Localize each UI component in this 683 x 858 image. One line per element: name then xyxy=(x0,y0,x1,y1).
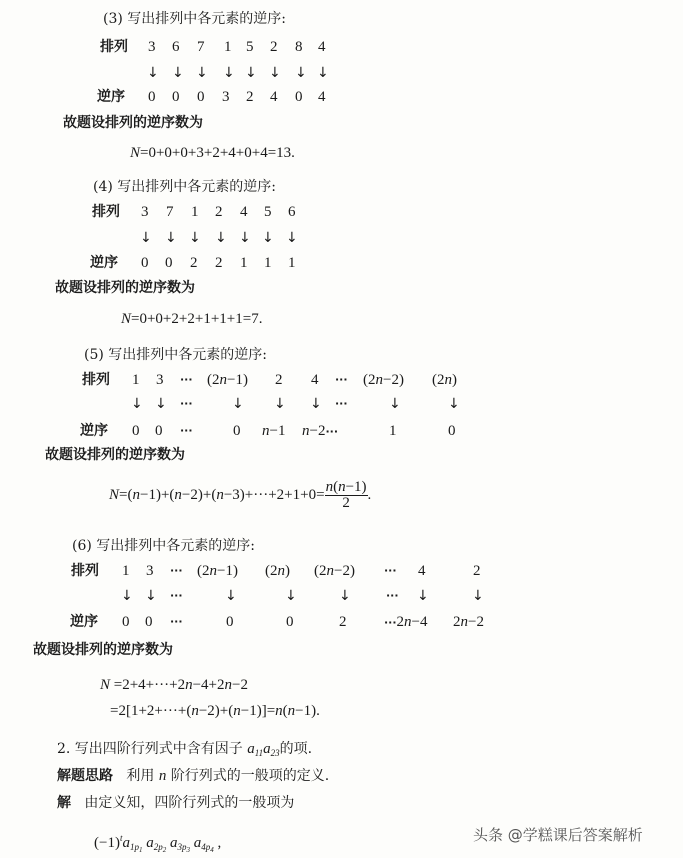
arrow-down-icon: ↓ xyxy=(155,395,167,413)
section5-perm-label: 排列 xyxy=(82,371,110,389)
section3-inv-6: 0 xyxy=(295,88,303,106)
arrow-down-icon: ↓ xyxy=(147,64,159,82)
arrow-down-icon: ↓ xyxy=(417,587,429,605)
arrow-down-icon: ↓ xyxy=(310,395,322,413)
section5-inv-1: 0 xyxy=(155,422,163,440)
arrow-down-icon: ↓ xyxy=(196,64,208,82)
section3-perm-3: 1 xyxy=(224,38,232,56)
arrow-down-icon: ↓ xyxy=(389,395,401,413)
section6-formula-line2: =2[1+2+···+(n−2)+(n−1)]=n(n−1). xyxy=(110,702,320,720)
section5-inv-6: 1 xyxy=(389,422,397,440)
section3-inv-7: 4 xyxy=(318,88,326,106)
arrow-down-icon: ↓ xyxy=(189,229,201,247)
section3-inv-0: 0 xyxy=(148,88,156,106)
ellipsis-icon: ··· xyxy=(180,395,193,413)
section4-perm-5: 5 xyxy=(264,203,272,221)
section6-perm-4: (2n) xyxy=(265,562,290,580)
section5-perm-1: 3 xyxy=(156,371,164,389)
section6-perm-8: 2 xyxy=(473,562,481,580)
section6-perm-label: 排列 xyxy=(71,562,99,580)
arrow-down-icon: ↓ xyxy=(295,64,307,82)
section4-inv-6: 1 xyxy=(288,254,296,272)
ellipsis-icon: ··· xyxy=(335,395,348,413)
section4-perm-6: 6 xyxy=(288,203,296,221)
ellipsis-icon: ··· xyxy=(170,587,183,605)
section4-heading: (4) 写出排列中各元素的逆序: xyxy=(93,178,276,196)
section6-perm-7: 4 xyxy=(418,562,426,580)
arrow-down-icon: ↓ xyxy=(245,64,257,82)
general-term-formula: (−1)ta1p1 a2p2 a3p3 a4p4 , xyxy=(94,829,221,858)
arrow-down-icon: ↓ xyxy=(262,229,274,247)
arrow-down-icon: ↓ xyxy=(225,587,237,605)
arrow-down-icon: ↓ xyxy=(140,229,152,247)
section3-conclusion: 故题设排列的逆序数为 xyxy=(63,114,203,132)
section3-perm-label: 排列 xyxy=(100,38,128,56)
section5-inv-2: ··· xyxy=(180,422,193,440)
section5-inv-4: n−1 xyxy=(262,422,285,440)
section4-perm-label: 排列 xyxy=(92,203,120,221)
section3-perm-2: 7 xyxy=(197,38,205,56)
section6-inv-5: 2 xyxy=(339,613,347,631)
section6-inv-4: 0 xyxy=(286,613,294,631)
section5-conclusion: 故题设排列的逆序数为 xyxy=(45,446,185,464)
hint-label: 解题思路 xyxy=(57,768,113,784)
section3-formula-text: =0+0+0+3+2+4+0+4=13. xyxy=(140,145,295,161)
section6-perm-0: 1 xyxy=(122,562,130,580)
section5-perm-4: 2 xyxy=(275,371,283,389)
section3-perm-6: 8 xyxy=(295,38,303,56)
section4-inv-0: 0 xyxy=(141,254,149,272)
section5-perm-6: ··· xyxy=(335,371,348,389)
arrow-down-icon: ↓ xyxy=(121,587,133,605)
section3-inv-1: 0 xyxy=(172,88,180,106)
arrow-down-icon: ↓ xyxy=(131,395,143,413)
section4-perm-0: 3 xyxy=(141,203,149,221)
section6-perm-3: (2n−1) xyxy=(197,562,238,580)
section6-perm-6: ··· xyxy=(384,562,397,580)
section3-perm-1: 6 xyxy=(172,38,180,56)
section5-inv-5: n−2··· xyxy=(302,422,338,441)
section5-inv-7: 0 xyxy=(448,422,456,440)
section4-inv-label: 逆序 xyxy=(90,254,118,272)
watermark: 头条 @学糕课后答案解析 xyxy=(473,824,643,845)
section4-inv-4: 1 xyxy=(240,254,248,272)
section4-inv-1: 0 xyxy=(165,254,173,272)
section6-inv-3: 0 xyxy=(226,613,234,631)
section3-inv-3: 3 xyxy=(222,88,230,106)
section3-formula: N=0+0+0+3+2+4+0+4=13. xyxy=(130,144,295,162)
problem2-hint: 解题思路 利用 n 阶行列式的一般项的定义. xyxy=(57,767,329,785)
factor-a11-a23: a11a23 xyxy=(247,741,279,757)
arrow-down-icon: ↓ xyxy=(215,229,227,247)
arrow-down-icon: ↓ xyxy=(317,64,329,82)
section5-perm-3: (2n−1) xyxy=(207,371,248,389)
section6-inv-0: 0 xyxy=(122,613,130,631)
section3-inv-4: 2 xyxy=(246,88,254,106)
section3-perm-5: 2 xyxy=(270,38,278,56)
section3-inv-2: 0 xyxy=(197,88,205,106)
section5-inv-0: 0 xyxy=(132,422,140,440)
section4-inv-3: 2 xyxy=(215,254,223,272)
section6-heading: (6) 写出排列中各元素的逆序: xyxy=(72,537,255,555)
section4-perm-2: 1 xyxy=(191,203,199,221)
section6-perm-2: ··· xyxy=(170,562,183,580)
section5-inv-label: 逆序 xyxy=(80,422,108,440)
arrow-down-icon: ↓ xyxy=(145,587,157,605)
solution-label: 解 xyxy=(57,795,71,811)
section6-inv-1: 0 xyxy=(145,613,153,631)
section3-perm-4: 5 xyxy=(246,38,254,56)
section4-formula: N=0+0+2+2+1+1+1=7. xyxy=(121,310,262,328)
arrow-down-icon: ↓ xyxy=(472,587,484,605)
arrow-down-icon: ↓ xyxy=(274,395,286,413)
section3-heading: (3) 写出排列中各元素的逆序: xyxy=(103,10,286,28)
section5-perm-5: 4 xyxy=(311,371,319,389)
section4-perm-3: 2 xyxy=(215,203,223,221)
section6-conclusion: 故题设排列的逆序数为 xyxy=(33,641,173,659)
section6-inv-2: ··· xyxy=(170,613,183,631)
section6-inv-7: 2n−2 xyxy=(453,613,484,631)
problem2-statement: 2. 写出四阶行列式中含有因子 a11a23的项. xyxy=(57,740,312,762)
arrow-down-icon: ↓ xyxy=(286,229,298,247)
section5-perm-7: (2n−2) xyxy=(363,371,404,389)
arrow-down-icon: ↓ xyxy=(172,64,184,82)
arrow-down-icon: ↓ xyxy=(165,229,177,247)
section3-inv-5: 4 xyxy=(270,88,278,106)
section4-conclusion: 故题设排列的逆序数为 xyxy=(55,279,195,297)
section6-perm-1: 3 xyxy=(146,562,154,580)
arrow-down-icon: ↓ xyxy=(285,587,297,605)
problem2-solution: 解 由定义知，四阶行列式的一般项为 xyxy=(57,794,294,812)
arrow-down-icon: ↓ xyxy=(448,395,460,413)
section6-perm-5: (2n−2) xyxy=(314,562,355,580)
arrow-down-icon: ↓ xyxy=(223,64,235,82)
section5-heading: (5) 写出排列中各元素的逆序: xyxy=(84,346,267,364)
section4-inv-5: 1 xyxy=(264,254,272,272)
arrow-down-icon: ↓ xyxy=(232,395,244,413)
section5-perm-2: ··· xyxy=(180,371,193,389)
arrow-down-icon: ↓ xyxy=(269,64,281,82)
ellipsis-icon: ··· xyxy=(386,587,399,605)
section5-perm-8: (2n) xyxy=(432,371,457,389)
section4-perm-1: 7 xyxy=(166,203,174,221)
section5-inv-3: 0 xyxy=(233,422,241,440)
section4-perm-4: 4 xyxy=(240,203,248,221)
section6-formula-line1: N =2+4+···+2n−4+2n−2 xyxy=(100,676,248,694)
section3-perm-0: 3 xyxy=(148,38,156,56)
section5-perm-0: 1 xyxy=(132,371,140,389)
section6-inv-label: 逆序 xyxy=(70,613,98,631)
section6-inv-6: ···2n−4 xyxy=(384,613,428,632)
section4-inv-2: 2 xyxy=(190,254,198,272)
arrow-down-icon: ↓ xyxy=(239,229,251,247)
section3-inv-label: 逆序 xyxy=(97,88,125,106)
section5-formula: N=(n−1)+(n−2)+(n−3)+···+2+1+0=n(n−1)2. xyxy=(109,480,371,511)
arrow-down-icon: ↓ xyxy=(339,587,351,605)
section3-perm-7: 4 xyxy=(318,38,326,56)
